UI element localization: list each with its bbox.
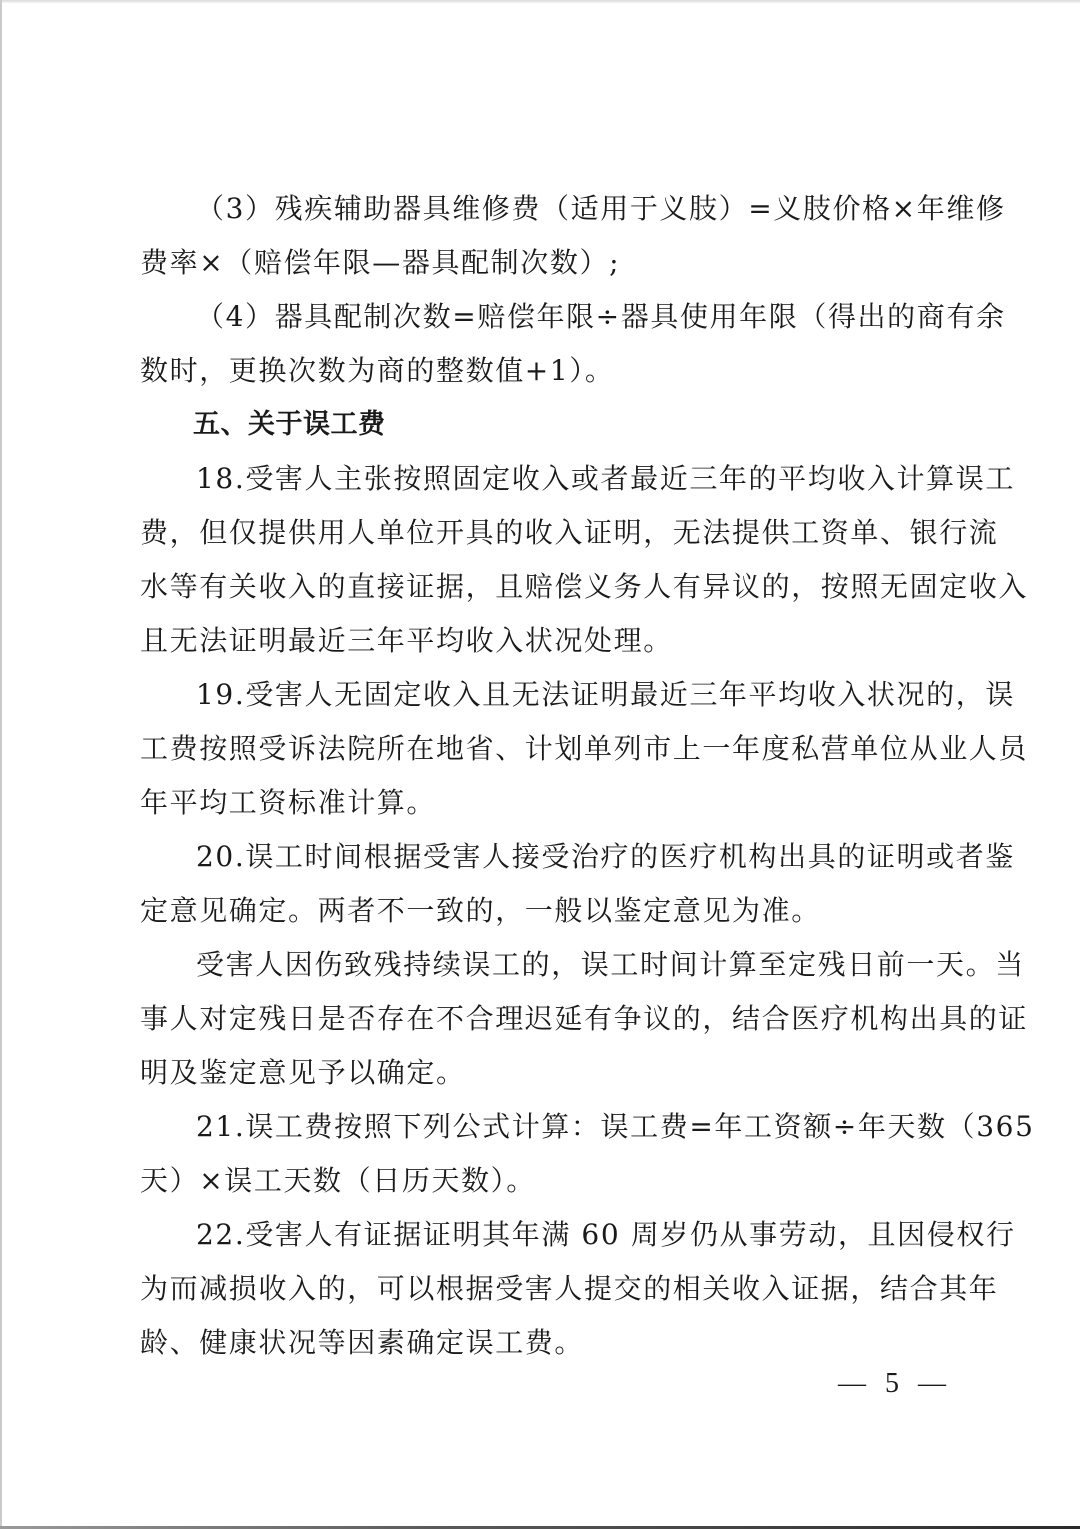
text-line: 18.受害人主张按照固定收入或者最近三年的平均收入计算误工 bbox=[140, 452, 946, 506]
text-line: （4）器具配制次数=赔偿年限÷器具使用年限（得出的商有余 bbox=[140, 290, 946, 344]
page-number: — 5 — bbox=[838, 1368, 952, 1400]
text-line: 22.受害人有证据证明其年满 60 周岁仍从事劳动，且因侵权行 bbox=[140, 1208, 946, 1262]
paragraph-article-20-supplement: 受害人因伤致残持续误工的，误工时间计算至定残日前一天。当 事人对定残日是否存在不… bbox=[140, 938, 946, 1100]
text-line: 21.误工费按照下列公式计算：误工费=年工资额÷年天数（365 bbox=[140, 1100, 946, 1154]
section-heading: 五、关于误工费 bbox=[140, 398, 946, 452]
text-line: 事人对定残日是否存在不合理迟延有争议的，结合医疗机构出具的证 bbox=[140, 992, 946, 1046]
paragraph-article-19: 19.受害人无固定收入且无法证明最近三年平均收入状况的，误 工费按照受诉法院所在… bbox=[140, 668, 946, 830]
text-line: 定意见确定。两者不一致的，一般以鉴定意见为准。 bbox=[140, 884, 946, 938]
paragraph-item-3: （3）残疾辅助器具维修费（适用于义肢）=义肢价格×年维修 费率×（赔偿年限—器具… bbox=[140, 182, 946, 290]
text-line: 数时，更换次数为商的整数值+1）。 bbox=[140, 344, 946, 398]
scan-edge-top bbox=[0, 0, 1080, 3]
section-heading-text: 五、关于误工费 bbox=[140, 398, 946, 452]
text-line: 水等有关收入的直接证据，且赔偿义务人有异议的，按照无固定收入 bbox=[140, 560, 946, 614]
paragraph-article-20: 20.误工时间根据受害人接受治疗的医疗机构出具的证明或者鉴 定意见确定。两者不一… bbox=[140, 830, 946, 938]
paragraph-article-18: 18.受害人主张按照固定收入或者最近三年的平均收入计算误工 费，但仅提供用人单位… bbox=[140, 452, 946, 668]
text-line: 费率×（赔偿年限—器具配制次数）; bbox=[140, 236, 946, 290]
paragraph-article-22: 22.受害人有证据证明其年满 60 周岁仍从事劳动，且因侵权行 为而减损收入的，… bbox=[140, 1208, 946, 1370]
text-line: （3）残疾辅助器具维修费（适用于义肢）=义肢价格×年维修 bbox=[140, 182, 946, 236]
text-line: 天）×误工天数（日历天数）。 bbox=[140, 1154, 946, 1208]
text-line: 费，但仅提供用人单位开具的收入证明，无法提供工资单、银行流 bbox=[140, 506, 946, 560]
text-line: 19.受害人无固定收入且无法证明最近三年平均收入状况的，误 bbox=[140, 668, 946, 722]
text-line: 明及鉴定意见予以确定。 bbox=[140, 1046, 946, 1100]
text-line: 龄、健康状况等因素确定误工费。 bbox=[140, 1316, 946, 1370]
paragraph-item-4: （4）器具配制次数=赔偿年限÷器具使用年限（得出的商有余 数时，更换次数为商的整… bbox=[140, 290, 946, 398]
text-line: 且无法证明最近三年平均收入状况处理。 bbox=[140, 614, 946, 668]
text-line: 年平均工资标准计算。 bbox=[140, 776, 946, 830]
document-body: （3）残疾辅助器具维修费（适用于义肢）=义肢价格×年维修 费率×（赔偿年限—器具… bbox=[140, 182, 946, 1370]
text-line: 工费按照受诉法院所在地省、计划单列市上一年度私营单位从业人员 bbox=[140, 722, 946, 776]
text-line: 为而减损收入的，可以根据受害人提交的相关收入证据，结合其年 bbox=[140, 1262, 946, 1316]
text-line: 受害人因伤致残持续误工的，误工时间计算至定残日前一天。当 bbox=[140, 938, 946, 992]
paragraph-article-21: 21.误工费按照下列公式计算：误工费=年工资额÷年天数（365 天）×误工天数（… bbox=[140, 1100, 946, 1208]
text-line: 20.误工时间根据受害人接受治疗的医疗机构出具的证明或者鉴 bbox=[140, 830, 946, 884]
scan-edge-left bbox=[0, 0, 2, 1529]
